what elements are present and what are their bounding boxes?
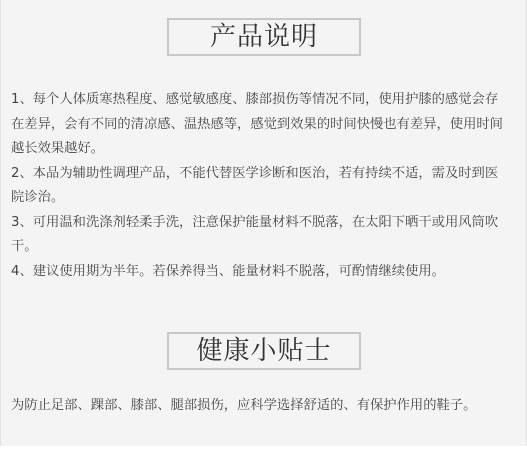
paragraph: 2、本品为辅助性调理产品，不能代替医学诊断和医治，若有持续不适，需及时到医院诊治…	[11, 162, 511, 211]
section-title-health-tips: 健康小贴士	[167, 332, 361, 370]
paragraph: 为防止足部、踝部、膝部、腿部损伤，应科学选择舒适的、有保护作用的鞋子。	[11, 392, 511, 420]
product-info-content: 1、每个人体质寒热程度、感觉敏感度、膝部损伤等情况不同，使用护膝的感觉会存在差异…	[11, 88, 511, 284]
paragraph: 4、建议使用期为半年。若保养得当、能量材料不脱落，可酌情继续使用。	[11, 260, 511, 285]
health-tips-content: 为防止足部、踝部、膝部、腿部损伤，应科学选择舒适的、有保护作用的鞋子。	[11, 392, 511, 420]
product-description-page: 产品说明 1、每个人体质寒热程度、感觉敏感度、膝部损伤等情况不同，使用护膝的感觉…	[0, 0, 527, 446]
paragraph: 1、每个人体质寒热程度、感觉敏感度、膝部损伤等情况不同，使用护膝的感觉会存在差异…	[11, 88, 511, 162]
paragraph: 3、可用温和洗涤剂轻柔手洗，注意保护能量材料不脱落，在太阳下晒干或用风筒吹干。	[11, 211, 511, 260]
section-title-product-info: 产品说明	[167, 18, 361, 56]
